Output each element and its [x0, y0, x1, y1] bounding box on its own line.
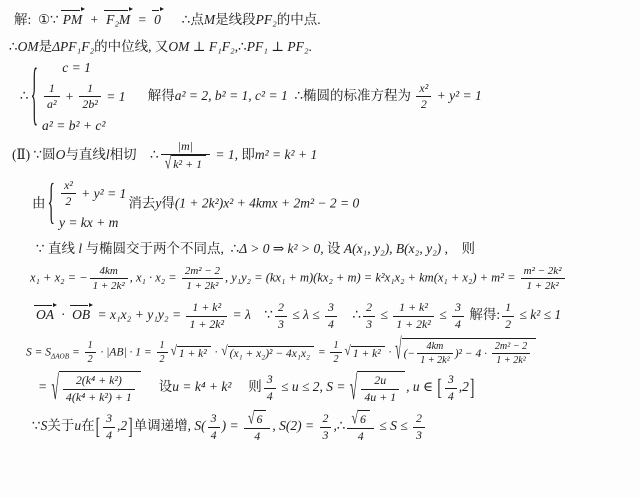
text-run: 设	[324, 241, 344, 256]
denominator: 1 + 2k²	[186, 317, 227, 332]
fraction: √64	[244, 410, 270, 444]
math-run: 4u + 1	[364, 390, 396, 405]
math-run: ΔPF₁F₂	[52, 39, 94, 54]
fraction: 34	[264, 372, 276, 404]
math-run: 2b²	[82, 97, 97, 112]
math-line-4: (Ⅱ) ∵圆O与直线l相切 ∴|m|√k² + 1 = 1, 即m² = k² …	[6, 139, 634, 173]
fraction: 23	[320, 411, 332, 443]
text-run: 消去	[128, 195, 155, 210]
numerator: √6	[244, 410, 270, 428]
radicand: 6	[358, 410, 370, 427]
math-run: 3	[278, 317, 284, 332]
radicand: 1 + k²	[351, 346, 385, 360]
math-run: y = kx + m	[59, 215, 118, 231]
math-line-5: 由{x²2 + y² = 1y = kx + m消去y得(1 + 2k²)x² …	[6, 178, 634, 231]
math-run: , x₁ · x₂ =	[130, 270, 180, 284]
fraction: 23	[363, 300, 375, 332]
vector-over-arrow: PM	[60, 12, 86, 28]
denominator: 4	[445, 389, 457, 404]
numerator: 3	[208, 411, 220, 427]
fraction: 23	[275, 300, 287, 332]
fraction: 34	[103, 411, 115, 443]
numerator: x²	[61, 178, 76, 194]
math-run: + y² = 1	[433, 88, 482, 103]
radicand: 6	[254, 410, 266, 427]
text-run: ∵	[251, 307, 273, 322]
denominator: 3	[275, 317, 287, 332]
math-run: x²	[64, 178, 73, 193]
text-run: ∴	[339, 307, 361, 322]
text-run: ∴椭圆的标准方程为	[288, 88, 415, 103]
math-run: 1 + k²	[179, 348, 207, 360]
numerator: 3	[103, 411, 115, 427]
square-root: √2u4u + 1	[350, 371, 405, 405]
math-run: 3	[455, 300, 461, 315]
math-run: 4km	[99, 264, 117, 278]
math-run: 1 + k²	[399, 300, 428, 315]
stretchy-bracket: ]	[470, 374, 475, 402]
math-run: 1 + 2k²	[496, 354, 526, 367]
numerator: √6	[347, 410, 373, 428]
radicand: 2(k⁴ + k²)4(k⁴ + k²) + 1	[59, 371, 141, 405]
math-run: · |AB| · 1 =	[98, 346, 155, 358]
system-rows: c = 11a² + 12b² = 1a² = b² + c²	[42, 60, 125, 134]
math-run: S = S	[26, 346, 51, 358]
vector-over-arrow: F₂M	[103, 12, 133, 28]
fraction: 34	[325, 300, 337, 332]
text-run: ,∴	[235, 39, 247, 54]
math-run: k² + 1	[173, 157, 202, 172]
fraction: √64	[347, 410, 373, 444]
text-run: ∴	[9, 39, 18, 54]
numerator: 1	[502, 300, 514, 316]
text-run: 在	[81, 418, 95, 433]
math-run: 2	[160, 353, 165, 366]
denominator: 4(k⁴ + k²) + 1	[63, 390, 135, 405]
math-run: 1 + 2k²	[189, 317, 224, 332]
numerator: 2m² − 2	[492, 340, 530, 354]
brace-system: { c = 11a² + 12b² = 1a² = b² + c²	[31, 60, 126, 134]
denominator: 2b²	[79, 97, 100, 112]
brace-system: {x²2 + y² = 1y = kx + m	[48, 178, 127, 231]
denominator: 3	[413, 428, 425, 443]
math-run: =	[134, 12, 150, 27]
math-line-10: = √2(k⁴ + k²)4(k⁴ + k²) + 1 设u = k⁴ + k²…	[6, 371, 634, 405]
math-run: + y² = 1	[78, 186, 127, 202]
denominator: 4	[452, 317, 464, 332]
denominator: 2	[157, 353, 168, 366]
math-run: 2	[278, 300, 284, 315]
math-run: ≤ S ≤	[376, 418, 411, 433]
denominator: a²	[44, 97, 60, 112]
radicand: 2u4u + 1	[357, 371, 405, 405]
numerator: 1	[79, 81, 100, 97]
left-brace: {	[48, 179, 55, 229]
radical-sign: √	[345, 346, 351, 360]
text-run: 的中点.	[277, 12, 321, 27]
math-run: 1 + 2k²	[420, 354, 450, 367]
math-run: 4	[254, 429, 260, 444]
math-run: 4km	[427, 340, 444, 353]
fraction: 2(k⁴ + k²)4(k⁴ + k²) + 1	[63, 373, 135, 405]
numerator: 1	[330, 339, 341, 353]
numerator: 3	[264, 372, 276, 388]
vector-over-arrow: 0	[151, 12, 164, 28]
fraction: 12	[502, 300, 514, 332]
math-run: 2	[333, 353, 338, 366]
math-run: +	[62, 89, 78, 105]
radicand: (−4km1 + 2k²)² − 4 · 2m² − 21 + 2k²	[402, 338, 537, 367]
math-run: 2	[366, 300, 372, 315]
text-run: 的中位线, 又	[94, 39, 168, 54]
math-line-8: OA · OB = x₁x₂ + y₁y₂ = 1 + k²1 + 2k² = …	[6, 300, 634, 332]
fraction: 1 + k²1 + 2k²	[393, 300, 434, 332]
radical-sign: √	[52, 371, 59, 405]
text-run: 与椭圆交于两个不同点, ∴	[82, 241, 239, 256]
math-run: 4	[358, 429, 364, 444]
math-run: PF₂	[256, 12, 277, 27]
math-run: c = 1	[42, 60, 91, 76]
math-run: 1	[160, 339, 165, 352]
denominator: 3	[320, 428, 332, 443]
text-run: 相切 ∴	[110, 147, 159, 162]
numerator: 1	[85, 339, 96, 353]
math-line-1: 解: ①∵PM + F₂M = 0 ∴点M是线段PF₂的中点.	[6, 8, 634, 28]
math-run: x₁ + x₂ = −	[30, 270, 88, 284]
math-run: 2u	[374, 373, 386, 388]
math-run: 1 + 2k²	[396, 317, 431, 332]
math-run: O	[56, 147, 66, 162]
numerator: 3	[445, 372, 457, 388]
math-run: ≤	[436, 307, 450, 322]
math-run: (1 + 2k²)x² + 4kmx + 2m² − 2 = 0	[175, 195, 359, 210]
math-run: ≤ λ ≤	[289, 307, 323, 322]
numerator: 3	[325, 300, 337, 316]
math-run: 3	[267, 372, 273, 387]
math-run: x²	[419, 81, 428, 96]
math-run: 4	[211, 428, 217, 443]
math-run: a² = b² + c²	[42, 118, 105, 134]
denominator: 4	[347, 429, 373, 444]
math-line-3: ∴{ c = 11a² + 12b² = 1a² = b² + c² 解得a² …	[6, 60, 634, 134]
math-run: 1	[88, 339, 93, 352]
math-line-9: S = SΔAOB = 12 · |AB| · 1 = 12√1 + k² · …	[6, 338, 634, 367]
radical-sign: √	[248, 410, 255, 427]
fraction: x²2	[61, 178, 76, 210]
denominator: 1 + 2k²	[90, 279, 128, 293]
math-run: 2m² − 2	[495, 340, 527, 353]
math-run: = 1,	[212, 147, 238, 162]
denominator: 1 + 2k²	[417, 354, 453, 367]
math-run: m² = k² + 1	[255, 147, 317, 162]
stretchy-bracket: [	[96, 413, 101, 441]
text-run: 由	[32, 195, 46, 210]
math-run: = λ	[229, 307, 251, 322]
square-root: √1 + k²	[345, 346, 385, 360]
math-run: 3	[323, 428, 329, 443]
denominator: 4	[103, 428, 115, 443]
numerator: 3	[452, 300, 464, 316]
math-run: M	[204, 12, 215, 27]
numerator: 2	[320, 411, 332, 427]
stretchy-bracket: [	[437, 374, 442, 402]
square-root: √(−4km1 + 2k²)² − 4 · 2m² − 21 + 2k²	[395, 338, 536, 367]
denominator: 2	[416, 97, 431, 112]
text-run: 是线段	[215, 12, 256, 27]
fraction: 34	[208, 411, 220, 443]
radical-sign: √	[221, 346, 227, 360]
text-run: 则	[231, 379, 261, 394]
math-run: 2	[323, 411, 329, 426]
math-run: 1 + 2k²	[186, 279, 218, 293]
math-run: ·	[386, 346, 395, 358]
fraction: 12	[157, 339, 168, 366]
fraction: 12b²	[79, 81, 100, 113]
math-run: 6	[256, 412, 262, 427]
math-run: 4	[106, 428, 112, 443]
math-run: 1	[49, 81, 55, 96]
square-root: √k² + 1	[165, 155, 206, 172]
denominator: 2	[330, 353, 341, 366]
system-row: x²2 + y² = 1	[59, 178, 126, 210]
square-root: √6	[248, 410, 266, 427]
math-run: )² − 4 ·	[455, 348, 490, 360]
math-run: 1 + 2k²	[93, 279, 125, 293]
math-line-11: ∵S关于u在[34,2]单调递增, S(34) = √64, S(2) = 23…	[6, 410, 634, 444]
subscript: ΔAOB	[51, 353, 69, 361]
fraction: 23	[413, 411, 425, 443]
denominator: 4	[325, 317, 337, 332]
denominator: 3	[363, 317, 375, 332]
text-run: 与直线	[65, 147, 106, 162]
math-run: 1	[505, 300, 511, 315]
math-run: , u ∈	[406, 379, 436, 394]
text-run: 解得	[127, 88, 174, 103]
math-run: ·	[212, 346, 221, 358]
fraction: 4km1 + 2k²	[417, 340, 453, 367]
text-run: ∵	[32, 418, 41, 433]
math-run: , S(2) =	[272, 418, 317, 433]
square-root: √(x₁ + x₂)² − 4x₁x₂	[221, 346, 314, 360]
math-run: 2(k⁴ + k²)	[76, 373, 122, 388]
math-run: 2m² − 2	[185, 264, 220, 278]
math-run: 3	[448, 372, 454, 387]
numerator: 1	[44, 81, 60, 97]
fraction: 1a²	[44, 81, 60, 113]
system-rows: x²2 + y² = 1y = kx + m	[59, 178, 126, 231]
fraction: 2m² − 21 + 2k²	[492, 340, 530, 367]
system-row: c = 1	[42, 60, 91, 76]
numerator: 1 + k²	[393, 300, 434, 316]
math-run: 4	[455, 317, 461, 332]
math-run: 1 + 2k²	[527, 279, 559, 293]
radical-sign: √	[395, 338, 401, 367]
fraction: m² − 2k²1 + 2k²	[521, 264, 565, 294]
math-run: OM ⊥ F₁F₂	[168, 39, 234, 54]
denominator: √k² + 1	[161, 155, 210, 172]
math-run: ) =	[222, 418, 242, 433]
math-run: 2	[65, 194, 71, 209]
radical-sign: √	[351, 410, 358, 427]
denominator: 4	[244, 429, 270, 444]
math-run: (−	[404, 348, 416, 360]
numerator: 2	[275, 300, 287, 316]
fraction: |m|√k² + 1	[161, 139, 210, 173]
math-run: 3	[416, 428, 422, 443]
left-brace: {	[31, 62, 38, 132]
numerator: 2	[363, 300, 375, 316]
text-run: 设	[142, 379, 172, 394]
numerator: 2u	[361, 373, 399, 389]
square-root: √6	[351, 410, 369, 427]
math-run: Δ > 0 ⇒ k² > 0,	[239, 241, 323, 256]
text-run: 得	[161, 195, 175, 210]
math-run: 3	[366, 317, 372, 332]
fraction: 2u4u + 1	[361, 373, 399, 405]
numerator: x²	[416, 81, 431, 97]
system-row: y = kx + m	[59, 215, 118, 231]
math-line-2: ∴OM是ΔPF₁F₂的中位线, 又OM ⊥ F₁F₂,∴PF₁ ⊥ PF₂.	[6, 35, 634, 55]
text-run: , 则	[441, 241, 475, 256]
numerator: 2	[413, 411, 425, 427]
math-run: 4(k⁴ + k²) + 1	[66, 390, 132, 405]
square-root: √2(k⁴ + k²)4(k⁴ + k²) + 1	[52, 371, 141, 405]
math-run: 3	[106, 411, 112, 426]
math-run: ≤	[377, 307, 391, 322]
denominator: 4	[264, 389, 276, 404]
fraction: 2m² − 21 + 2k²	[182, 264, 223, 294]
denominator: 1 + 2k²	[393, 317, 434, 332]
radical-sign: √	[171, 346, 177, 360]
numerator: 4km	[417, 340, 453, 354]
fraction: 34	[452, 300, 464, 332]
text-run: ∴点	[165, 12, 204, 27]
system-row: 1a² + 12b² = 1	[42, 81, 125, 113]
fraction: 4km1 + 2k²	[90, 264, 128, 294]
math-run: ,2	[117, 418, 127, 433]
text-run: 解: ①∵	[14, 12, 59, 27]
vector-over-arrow: OB	[69, 307, 93, 323]
math-run: m² − 2k²	[524, 264, 562, 278]
math-run: +	[86, 12, 102, 27]
math-run: , y₁y₂ = (kx₁ + m)(kx₂ + m) = k²x₁x₂ + k…	[225, 270, 519, 284]
math-run: 4	[267, 389, 273, 404]
radical-sign: √	[165, 155, 172, 172]
numerator: 2(k⁴ + k²)	[63, 373, 135, 389]
text-run: 即	[238, 147, 255, 162]
denominator: 2	[502, 317, 514, 332]
math-run: a² = 2, b² = 1, c² = 1	[175, 88, 288, 103]
math-run: ,2	[459, 379, 469, 394]
math-run: ,∴	[333, 418, 345, 433]
math-run: 4	[328, 317, 334, 332]
math-run: ·	[58, 307, 68, 322]
numerator: 2m² − 2	[182, 264, 223, 279]
math-run: = 1	[103, 89, 126, 105]
text-run: .	[309, 39, 312, 54]
vector-over-arrow: OA	[33, 307, 57, 323]
math-run: (x₁ + x₂)² − 4x₁x₂	[230, 348, 310, 360]
denominator: 2	[85, 353, 96, 366]
text-run: ∵ 直线	[36, 241, 78, 256]
denominator: 1 + 2k²	[521, 279, 565, 293]
math-run: 4	[448, 389, 454, 404]
fraction: 12	[85, 339, 96, 366]
math-run: ≤ u ≤ 2, S =	[278, 379, 349, 394]
radicand: k² + 1	[171, 155, 206, 172]
numerator: m² − 2k²	[521, 264, 565, 279]
text-run: 关于	[47, 418, 74, 433]
math-run: 1 + k²	[353, 348, 381, 360]
math-run: 1	[87, 81, 93, 96]
math-run: 6	[360, 412, 366, 427]
radicand: 1 + k²	[177, 346, 211, 360]
math-run: OM	[18, 39, 39, 54]
math-run: 1	[333, 339, 338, 352]
denominator: 4	[208, 428, 220, 443]
text-run: 解得:	[466, 307, 500, 322]
square-root: √1 + k²	[171, 346, 211, 360]
math-run: 2	[505, 317, 511, 332]
text-run: ∴	[20, 88, 29, 103]
math-run: a²	[47, 97, 57, 112]
math-run: 2	[421, 97, 427, 112]
text-run: 单调递增,	[134, 418, 195, 433]
radicand: (x₁ + x₂)² − 4x₁x₂	[228, 346, 314, 360]
denominator: 2	[61, 194, 76, 209]
numerator: 4km	[90, 264, 128, 279]
math-run: ≤ k² ≤ 1	[516, 307, 561, 322]
math-run: |m|	[178, 139, 193, 154]
radical-sign: √	[350, 371, 357, 405]
numerator: 1 + k²	[186, 300, 227, 316]
solution-document: 解: ①∵PM + F₂M = 0 ∴点M是线段PF₂的中点.∴OM是ΔPF₁F…	[0, 0, 640, 498]
math-run: u = k⁴ + k²	[172, 379, 231, 394]
math-run: = x₁x₂ + y₁y₂ =	[94, 307, 184, 322]
denominator: 1 + 2k²	[182, 279, 223, 293]
math-run: =	[315, 346, 329, 358]
math-line-6: ∵ 直线 l 与椭圆交于两个不同点, ∴Δ > 0 ⇒ k² > 0, 设 A(…	[6, 237, 634, 257]
denominator: 1 + 2k²	[492, 354, 530, 367]
system-row: a² = b² + c²	[42, 118, 105, 134]
math-run: =	[38, 379, 51, 394]
math-run: S(	[194, 418, 205, 433]
math-run: =	[69, 346, 83, 358]
fraction: x²2	[416, 81, 431, 113]
math-run: 1 + k²	[192, 300, 221, 315]
numerator: 1	[157, 339, 168, 353]
text-run: 是	[39, 39, 53, 54]
stretchy-bracket: ]	[128, 413, 133, 441]
math-run: 2	[416, 411, 422, 426]
math-run: 3	[328, 300, 334, 315]
math-run: 3	[211, 411, 217, 426]
fraction: 12	[330, 339, 341, 366]
fraction: 34	[445, 372, 457, 404]
math-line-7: x₁ + x₂ = −4km1 + 2k², x₁ · x₂ = 2m² − 2…	[6, 264, 634, 294]
denominator: 4u + 1	[361, 390, 399, 405]
text-run: (Ⅱ) ∵圆	[12, 147, 56, 162]
math-run: 2	[88, 353, 93, 366]
fraction: 1 + k²1 + 2k²	[186, 300, 227, 332]
math-run: PF₁ ⊥ PF₂	[247, 39, 309, 54]
math-run: A(x₁, y₂), B(x₂, y₂)	[344, 241, 441, 256]
